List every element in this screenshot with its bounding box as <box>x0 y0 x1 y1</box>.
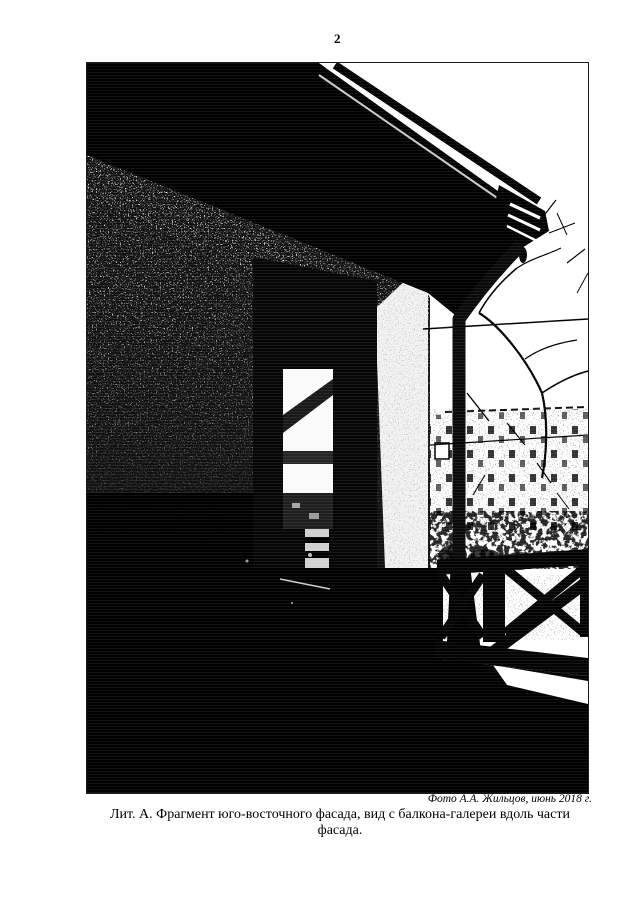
window-reflection <box>283 369 333 529</box>
railing-post <box>483 568 505 642</box>
shadow-mass-left <box>87 568 443 793</box>
shadow-mass-left-upper <box>87 493 253 568</box>
railing-end-post <box>580 561 588 637</box>
photo-credit: Фото А.А. Жильцов, июнь 2018 г. <box>87 793 592 805</box>
figure-caption: Лит. А. Фрагмент юго-восточного фасада, … <box>90 807 590 839</box>
photo-figure <box>87 63 588 793</box>
door-lower-glints <box>305 529 329 569</box>
page-number: 2 <box>87 31 588 47</box>
photo-scan-graphic <box>87 63 588 793</box>
door-opening <box>253 257 377 569</box>
balcony-railing <box>437 549 588 655</box>
scanned-document-page: 2 <box>0 0 639 905</box>
